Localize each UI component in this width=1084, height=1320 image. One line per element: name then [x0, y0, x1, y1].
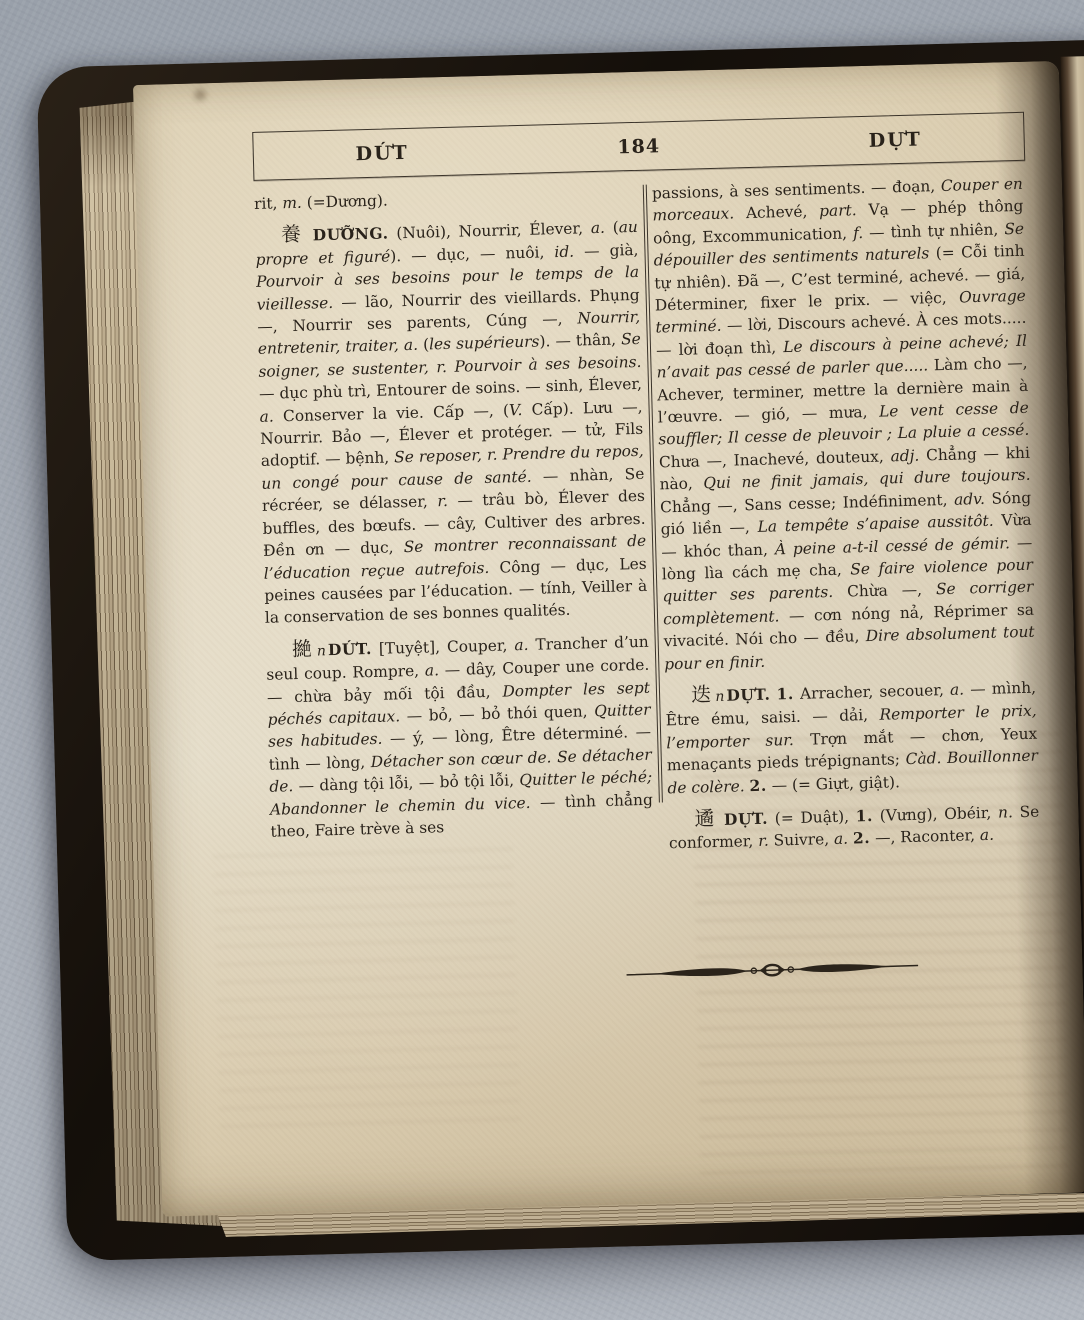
entry-fragment: rit, m. (=Dương).: [254, 183, 637, 215]
left-column: rit, m. (=Dương). 養 DƯỠNG. (Nuôi), Nourr…: [254, 183, 654, 866]
entry-body: DỰT. (= Duật), 1. (Vưng), Obéir, n. Se c…: [669, 803, 1040, 853]
ink-bleedthrough: [213, 835, 521, 1143]
dictionary-entry-dut1: 撧nDỨT. [Tuyệt], Couper, a. Trancher d’un…: [265, 628, 653, 843]
text-columns: rit, m. (=Dương). 養 DƯỠNG. (Nuôi), Nourr…: [254, 173, 1043, 866]
dictionary-entry-dut2: 迭nDỰT. 1. Arracher, secouer, a. — mình, …: [665, 675, 1039, 800]
paper-stain: [191, 87, 209, 102]
cjk-headword: 撧: [291, 636, 315, 661]
book-cover: DỨT 184 DỰT rit, m. (=Dương). 養 DƯỠNG. (…: [36, 38, 1084, 1261]
right-column: passions, à ses sentiments. — đoạn, Coup…: [652, 173, 1040, 855]
section-divider-ornament: [626, 956, 918, 983]
entry-body: DƯỠNG. (Nuôi), Nourrir, Élever, a. (au p…: [255, 218, 647, 627]
book-page: DỨT 184 DỰT rit, m. (=Dương). 養 DƯỠNG. (…: [133, 61, 1084, 1217]
running-head-left: DỨT: [254, 139, 511, 168]
entry-continuation: passions, à ses sentiments. — đoạn, Coup…: [652, 173, 1036, 675]
printed-text-block: DỨT 184 DỰT rit, m. (=Dương). 養 DƯỠNG. (…: [252, 112, 1043, 866]
running-head-box: DỨT 184 DỰT: [252, 112, 1025, 181]
photo-of-dictionary-page: { "header": { "left_word": "DỨT", "page_…: [0, 0, 1084, 1320]
running-head-right: DỰT: [767, 125, 1024, 154]
cjk-headword: 遹: [694, 806, 718, 831]
cjk-headword: 養: [281, 222, 306, 247]
entry-body: DỨT. [Tuyệt], Couper, a. Trancher d’un s…: [266, 632, 653, 840]
page-number: 184: [510, 132, 767, 161]
nom-mark: n: [713, 689, 726, 705]
dictionary-entry-dut3: 遹 DỰT. (= Duật), 1. (Vưng), Obéir, n. Se…: [668, 799, 1040, 856]
nom-mark: n: [315, 643, 328, 659]
cjk-headword: 迭: [691, 682, 714, 707]
dictionary-entry-duong: 養 DƯỠNG. (Nuôi), Nourrir, Élever, a. (au…: [255, 214, 648, 629]
